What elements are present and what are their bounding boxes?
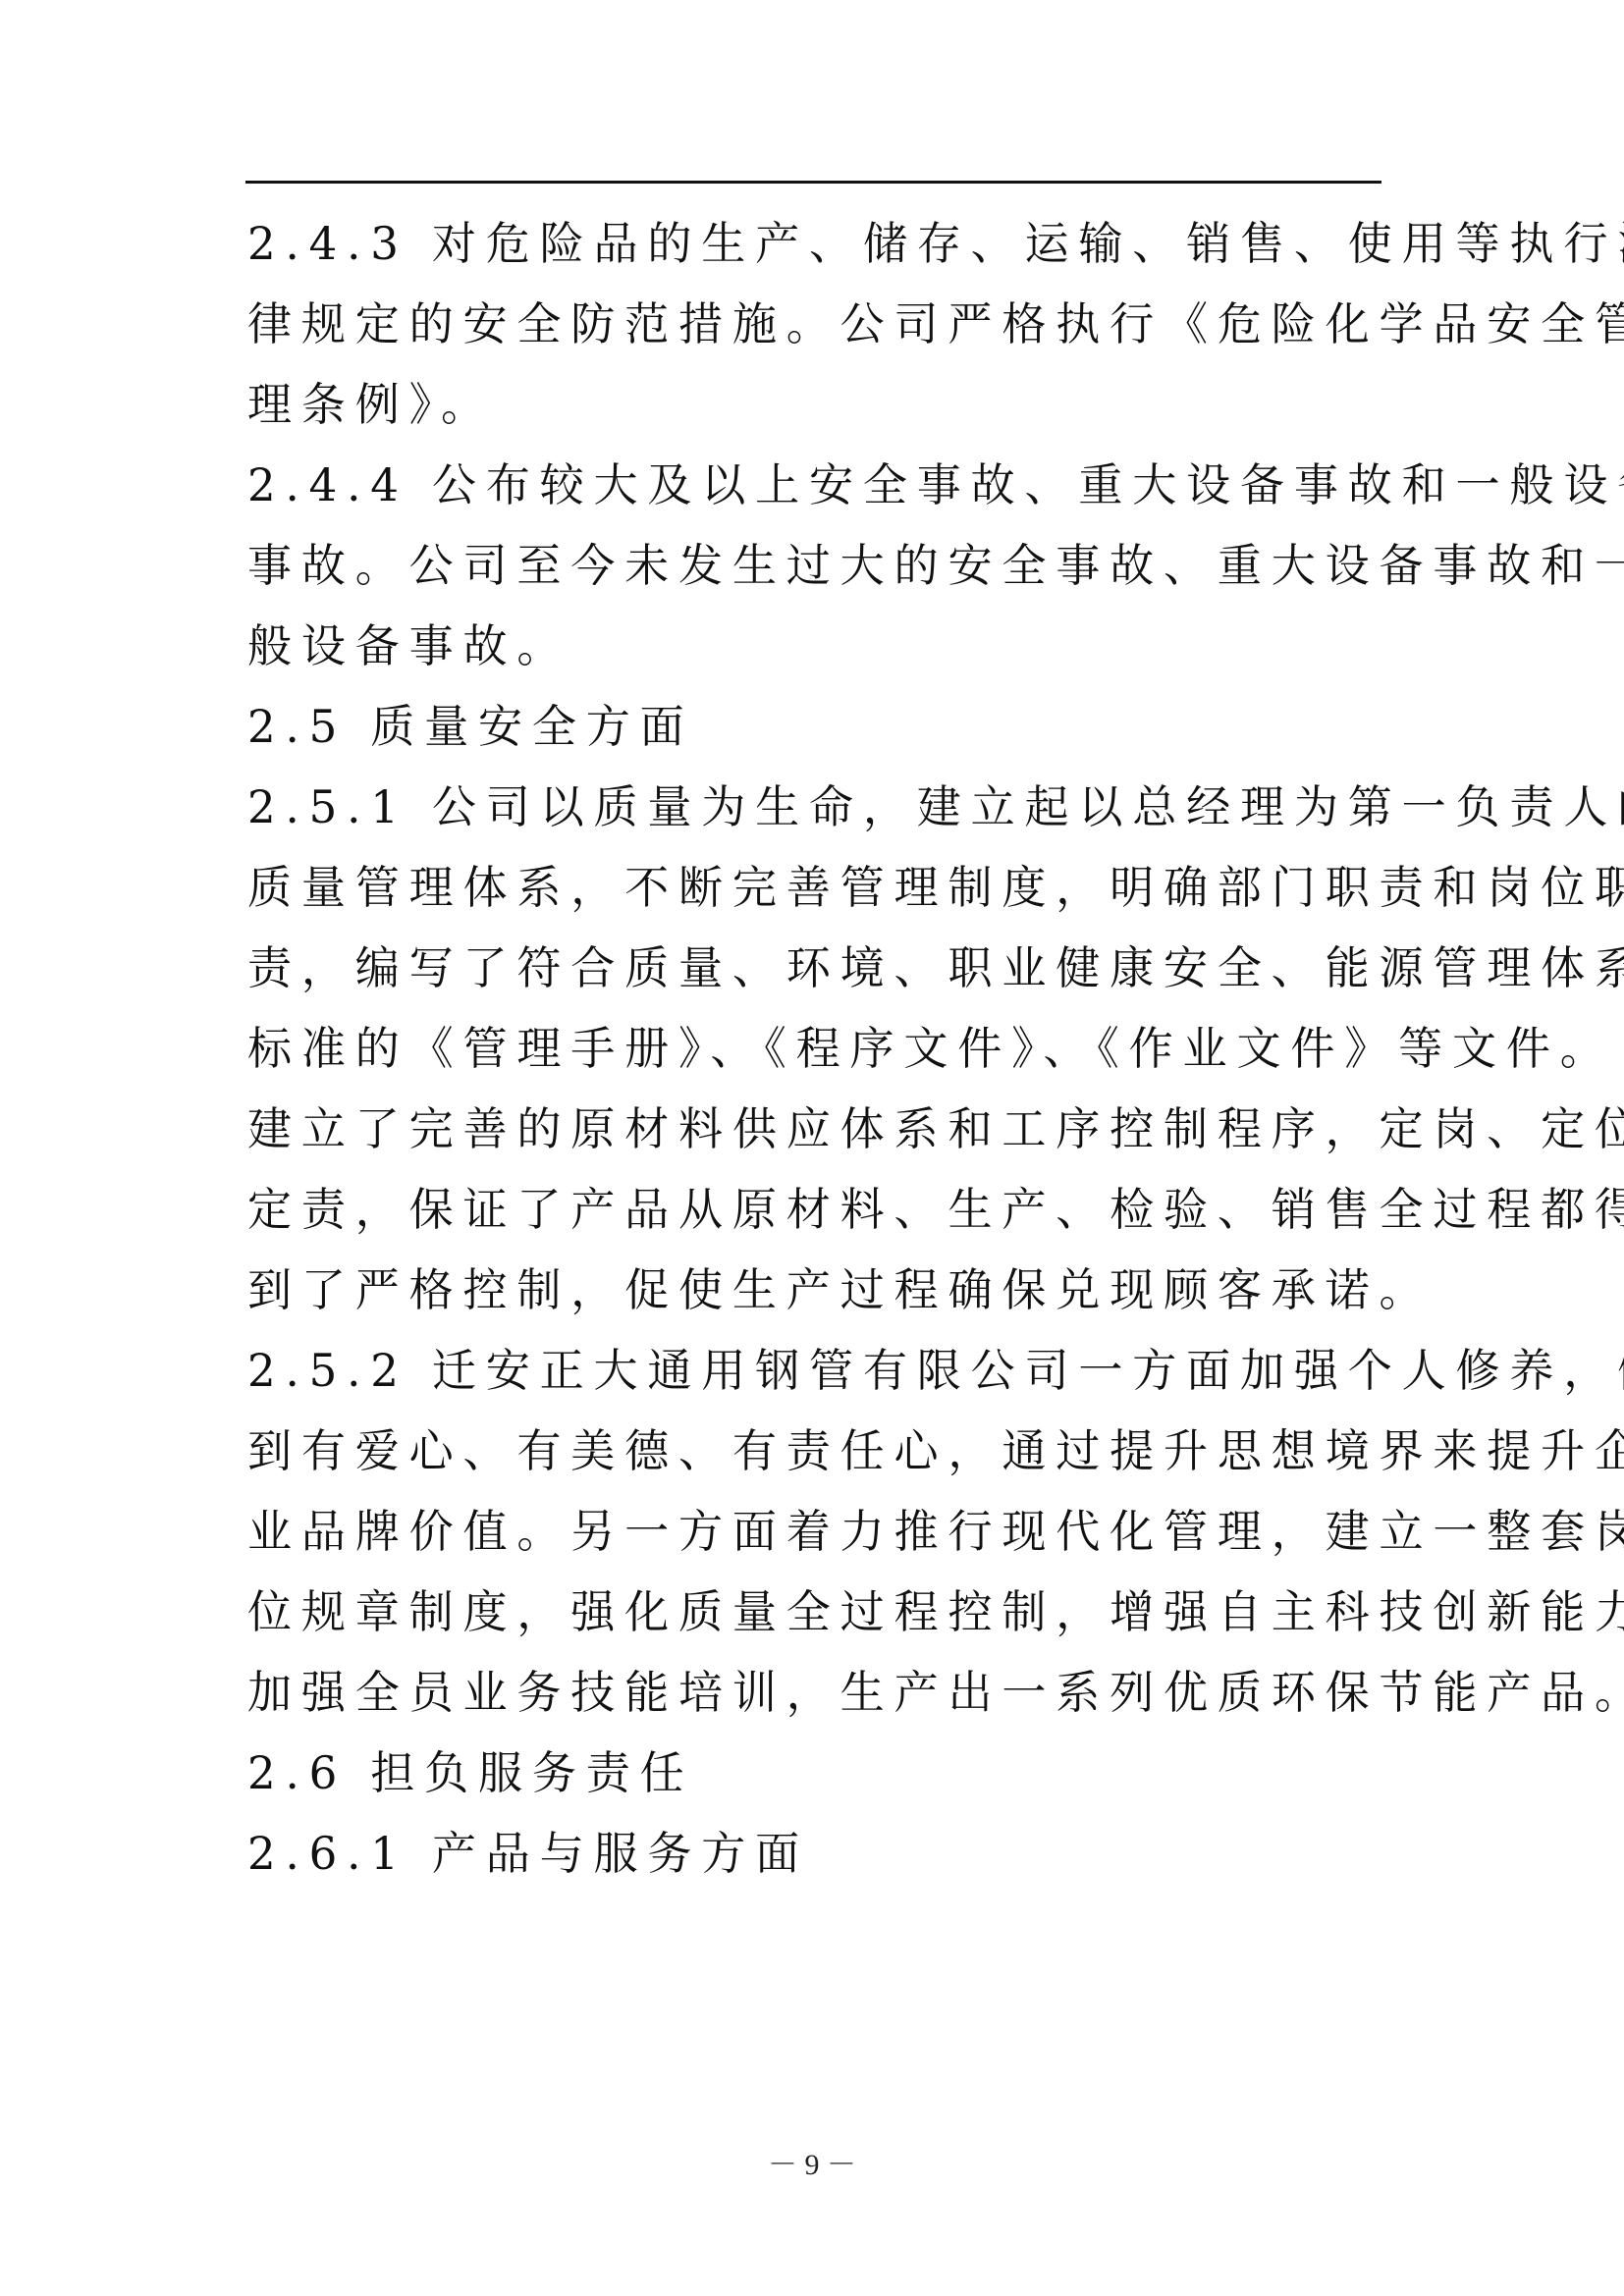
section-heading-2-6-1: 2.6.1 产品与服务方面 (247, 1824, 1364, 1904)
paragraph-2-5-1-line-7: 到了严格控制，促使生产过程确保兑现顾客承诺。 (247, 1260, 1364, 1341)
header-rule (245, 181, 1381, 184)
paragraph-2-5-2-line-5: 加强全员业务技能培训，生产出一系列优质环保节能产品。 (247, 1663, 1364, 1743)
section-heading-2-5: 2.5 质量安全方面 (247, 697, 1364, 777)
document-body: 2.4.3 对危险品的生产、储存、运输、销售、使用等执行法 律规定的安全防范措施… (247, 214, 1386, 1904)
section-heading-2-6: 2.6 担负服务责任 (247, 1743, 1364, 1824)
paragraph-2-5-1-line-4: 标准的《管理手册》、《程序文件》、《作业文件》等文件。 (247, 1019, 1364, 1099)
paragraph-2-4-4-line-2: 事故。公司至今未发生过大的安全事故、重大设备事故和一 (247, 536, 1364, 616)
paragraph-2-4-3-line-3: 理条例》。 (247, 375, 1364, 455)
paragraph-2-5-1-line-3: 责，编写了符合质量、环境、职业健康安全、能源管理体系 (247, 938, 1364, 1019)
paragraph-2-5-2-line-3: 业品牌价值。另一方面着力推行现代化管理，建立一整套岗 (247, 1502, 1364, 1582)
paragraph-2-4-4-line-1: 2.4.4 公布较大及以上安全事故、重大设备事故和一般设备 (247, 455, 1364, 536)
paragraph-2-5-2-line-2: 到有爱心、有美德、有责任心，通过提升思想境界来提升企 (247, 1421, 1364, 1502)
page-number: － 9 － (0, 2140, 1624, 2183)
paragraph-2-5-2-line-4: 位规章制度，强化质量全过程控制，增强自主科技创新能力， (247, 1582, 1364, 1663)
paragraph-2-5-1-line-2: 质量管理体系，不断完善管理制度，明确部门职责和岗位职 (247, 858, 1364, 938)
paragraph-2-4-3-line-1: 2.4.3 对危险品的生产、储存、运输、销售、使用等执行法 (247, 214, 1364, 294)
paragraph-2-5-1-line-1: 2.5.1 公司以质量为生命，建立起以总经理为第一负责人的 (247, 777, 1364, 858)
paragraph-2-5-2-line-1: 2.5.2 迁安正大通用钢管有限公司一方面加强个人修养，做 (247, 1341, 1364, 1421)
paragraph-2-5-1-line-6: 定责，保证了产品从原材料、生产、检验、销售全过程都得 (247, 1180, 1364, 1260)
paragraph-2-5-1-line-5: 建立了完善的原材料供应体系和工序控制程序，定岗、定位、 (247, 1099, 1364, 1180)
paragraph-2-4-4-line-3: 般设备事故。 (247, 616, 1364, 697)
paragraph-2-4-3-line-2: 律规定的安全防范措施。公司严格执行《危险化学品安全管 (247, 294, 1364, 375)
